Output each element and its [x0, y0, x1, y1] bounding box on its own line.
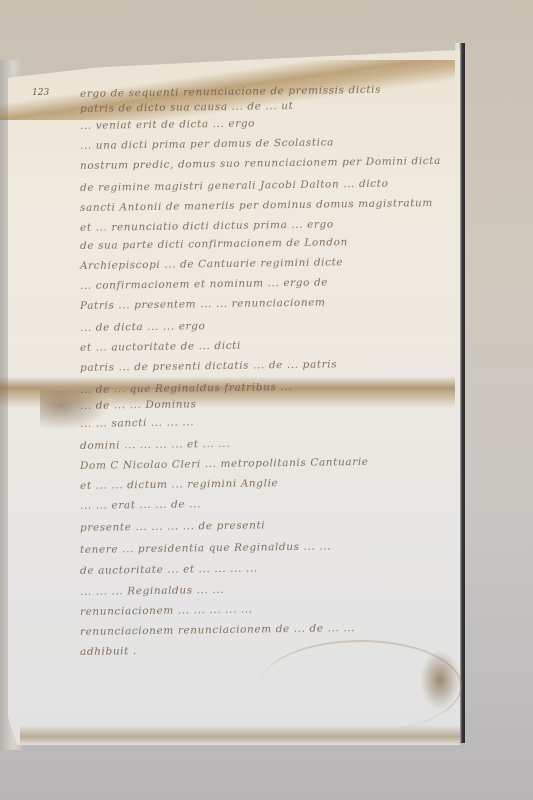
- folio-mark: 123: [32, 88, 49, 98]
- manuscript-line: et ... auctoritate de ... dicti: [80, 340, 241, 354]
- manuscript-line: ... veniat erit de dicta ... ergo: [80, 118, 255, 132]
- manuscript-page: [8, 50, 460, 745]
- manuscript-line: ... de dicta ... ... ergo: [80, 320, 206, 334]
- manuscript-line: ... ... sancti ... ... ...: [80, 416, 194, 430]
- manuscript-line: de auctoritate ... et ... ... ... ...: [80, 563, 258, 577]
- manuscript-line: domini ... ... ... ... et ... ...: [80, 438, 230, 452]
- manuscript-line: adhibuit .: [80, 645, 137, 658]
- manuscript-line: ... ... ... Reginaldus ... ...: [80, 584, 224, 598]
- manuscript-line: renunciacionem ... ... ... ... ...: [80, 604, 253, 618]
- manuscript-line: presente ... ... ... ... de presenti: [80, 519, 265, 534]
- manuscript-line: ... ... erat ... ... de ...: [80, 498, 201, 512]
- manuscript-line: ... de ... ... Dominus: [80, 398, 197, 412]
